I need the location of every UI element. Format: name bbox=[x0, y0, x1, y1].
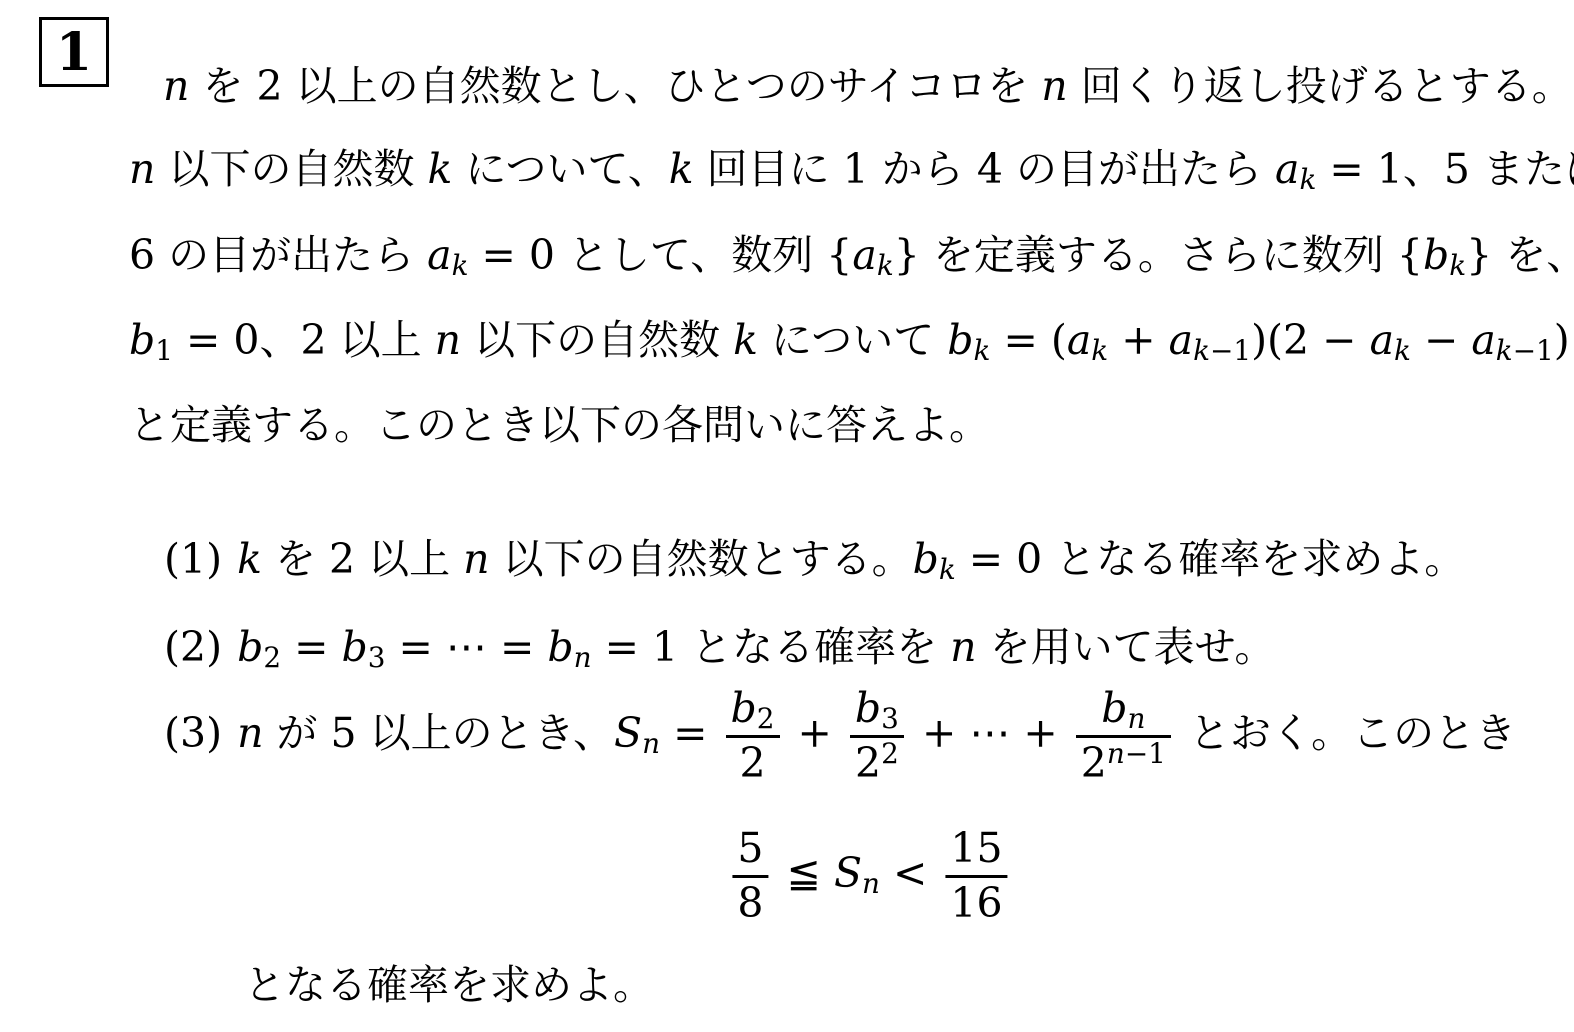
problem-number-box: 1 bbox=[39, 17, 109, 87]
intro-line-2: n 以下の自然数 k について、k 回目に 1 から 4 の目が出たら ak =… bbox=[129, 145, 1574, 194]
question-label-1: (1) bbox=[164, 535, 222, 583]
question-item-1: (1)k を 2 以上 n 以下の自然数とする。bk = 0 となる確率を求めよ… bbox=[164, 535, 1465, 584]
question-body-1: k を 2 以上 n 以下の自然数とする。bk = 0 となる確率を求めよ。 bbox=[237, 535, 1465, 583]
math-problem-page: 1 n を 2 以上の自然数とし、ひとつのサイコロを n 回くり返し投げるとする… bbox=[0, 0, 1574, 1032]
question-label-3: (3) bbox=[164, 709, 222, 757]
closing-line: となる確率を求めよ。 bbox=[244, 961, 654, 1010]
question-body-2: b2 = b3 = ⋯ = bn = 1 となる確率を n を用いて表せ。 bbox=[237, 623, 1275, 671]
question-body-3: n が 5 以上のとき、Sn = b22 + b322 + ⋯ + bn2n−1… bbox=[237, 709, 1516, 757]
display-formula: 58 ≦ Sn < 1516 bbox=[727, 826, 1012, 927]
question-item-2: (2)b2 = b3 = ⋯ = bn = 1 となる確率を n を用いて表せ。 bbox=[164, 623, 1275, 672]
intro-line-3: 6 の目が出たら ak = 0 として、数列 {ak} を定義する。さらに数列 … bbox=[129, 231, 1574, 280]
question-item-3: (3)n が 5 以上のとき、Sn = b22 + b322 + ⋯ + bn2… bbox=[164, 686, 1516, 787]
intro-line-5: と定義する。このとき以下の各問いに答えよ。 bbox=[129, 401, 990, 450]
question-label-2: (2) bbox=[164, 623, 222, 671]
intro-line-1: n を 2 以上の自然数とし、ひとつのサイコロを n 回くり返し投げるとする。 bbox=[163, 62, 1573, 111]
problem-number: 1 bbox=[56, 22, 92, 83]
intro-line-4: b1 = 0、2 以上 n 以下の自然数 k について bk = (ak + a… bbox=[129, 316, 1570, 365]
